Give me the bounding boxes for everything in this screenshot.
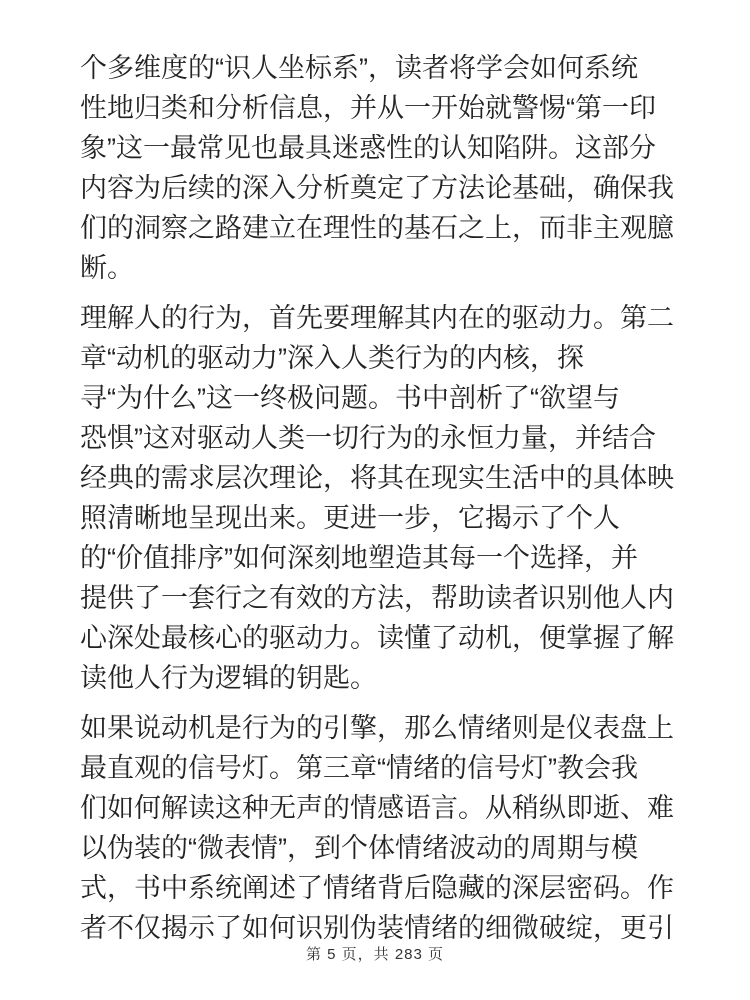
paragraph: 个多维度的“识人坐标系”，读者将学会如何系统性地归类和分析信息，并从一开始就警惕… [80, 48, 672, 288]
page-number: 第 5 页，共 283 页 [306, 946, 444, 963]
text-line: 提供了一套行之有效的方法，帮助读者识别他人内 [80, 578, 672, 618]
text-line: 们如何解读这种无声的情感语言。从稍纵即逝、难 [80, 788, 672, 828]
text-line: 式，书中系统阐述了情绪背后隐藏的深层密码。作 [80, 868, 672, 908]
text-line: 照清晰地呈现出来。更进一步，它揭示了个人 [80, 498, 672, 538]
text-line: 以伪装的“微表情”，到个体情绪波动的周期与模 [80, 828, 672, 868]
text-line: 最直观的信号灯。第三章“情绪的信号灯”教会我 [80, 748, 672, 788]
text-line: 寻“为什么”这一终极问题。书中剖析了“欲望与 [80, 378, 672, 418]
paragraph: 理解人的行为，首先要理解其内在的驱动力。第二章“动机的驱动力”深入人类行为的内核… [80, 298, 672, 698]
text-line: 性地归类和分析信息，并从一开始就警惕“第一印 [80, 88, 672, 128]
text-line: 个多维度的“识人坐标系”，读者将学会如何系统 [80, 48, 672, 88]
text-line: 的“价值排序”如何深刻地塑造其每一个选择，并 [80, 538, 672, 578]
text-line: 如果说动机是行为的引擎，那么情绪则是仪表盘上 [80, 708, 672, 748]
text-line: 经典的需求层次理论，将其在现实生活中的具体映 [80, 458, 672, 498]
text-line: 恐惧”这对驱动人类一切行为的永恒力量，并结合 [80, 418, 672, 458]
text-line: 象”这一最常见也最具迷惑性的认知陷阱。这部分 [80, 128, 672, 168]
text-line: 们的洞察之路建立在理性的基石之上，而非主观臆 [80, 208, 672, 248]
text-line: 心深处最核心的驱动力。读懂了动机，便掌握了解 [80, 618, 672, 658]
paragraph: 如果说动机是行为的引擎，那么情绪则是仪表盘上最直观的信号灯。第三章“情绪的信号灯… [80, 708, 672, 948]
page-content: 个多维度的“识人坐标系”，读者将学会如何系统性地归类和分析信息，并从一开始就警惕… [80, 48, 672, 958]
text-line: 读他人行为逻辑的钥匙。 [80, 658, 672, 698]
text-line: 章“动机的驱动力”深入人类行为的内核，探 [80, 338, 672, 378]
text-line: 断。 [80, 248, 672, 288]
text-line: 者不仅揭示了如何识别伪装情绪的细微破绽，更引 [80, 908, 672, 948]
document-page: 个多维度的“识人坐标系”，读者将学会如何系统性地归类和分析信息，并从一开始就警惕… [0, 0, 750, 1000]
text-line: 理解人的行为，首先要理解其内在的驱动力。第二 [80, 298, 672, 338]
text-line: 内容为后续的深入分析奠定了方法论基础，确保我 [80, 168, 672, 208]
page-footer: 第 5 页，共 283 页 [0, 944, 750, 966]
